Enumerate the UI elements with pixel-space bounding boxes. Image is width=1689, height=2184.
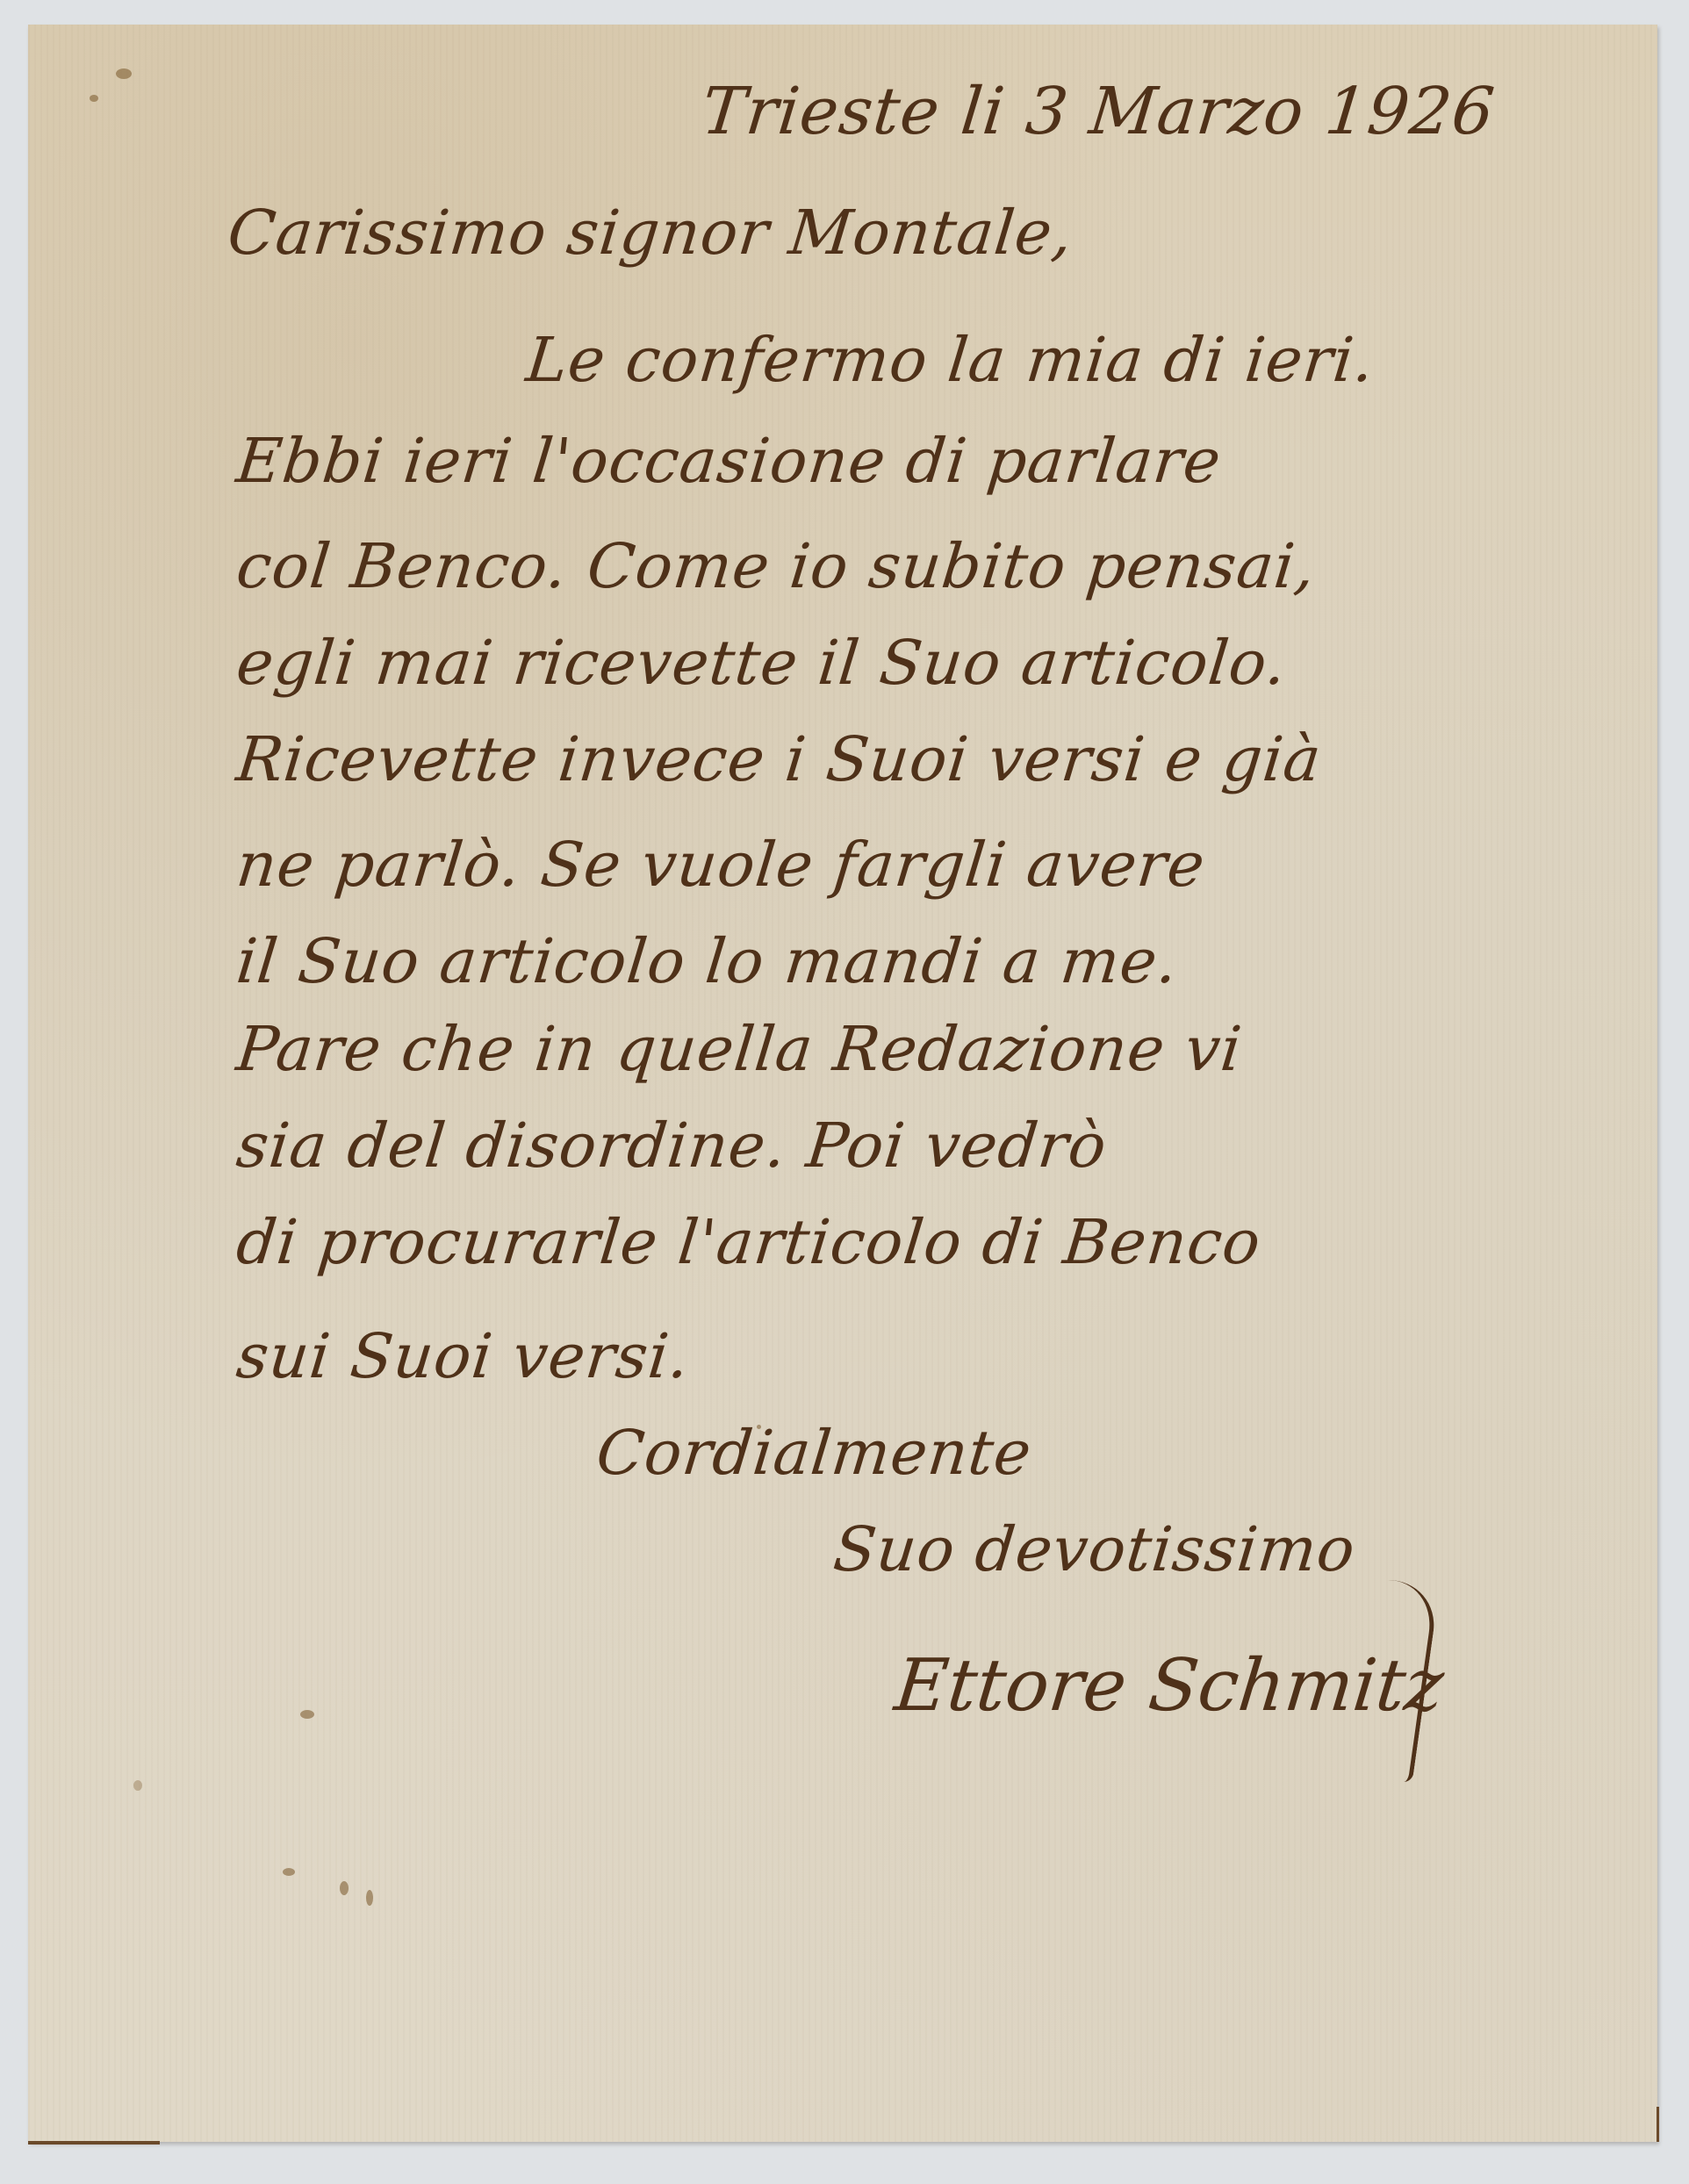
body-line: sia del disordine. Poi vedrò [234, 1115, 1110, 1176]
foxing-spot [116, 68, 132, 79]
foxing-spot [283, 1868, 295, 1876]
signature: Ettore Schmitz [892, 1650, 1448, 1722]
place-date: Trieste li 3 Marzo 1926 [699, 79, 1498, 144]
body-line: Le confermo la mia di ieri. [523, 329, 1377, 391]
salutation: Carissimo signor Montale, [225, 202, 1075, 263]
body-line: col Benco. Come io subito pensai, [234, 535, 1319, 597]
body-line: ne parlò. Se vuole fargli avere [234, 834, 1208, 895]
body-line: Ricevette invece i Suoi versi e già [234, 729, 1324, 790]
foxing-spot [300, 1710, 314, 1719]
body-line: sui Suoi versi. [234, 1325, 693, 1387]
body-line: egli mai ricevette il Suo articolo. [234, 632, 1290, 693]
foxing-spot [133, 1780, 142, 1791]
foxing-spot [340, 1881, 349, 1895]
paper-edge-shadow [28, 2141, 160, 2144]
foxing-spot [90, 95, 98, 102]
body-line: Ebbi ieri l'occasione di parlare [234, 430, 1224, 492]
body-line: il Suo articolo lo mandi a me. [234, 930, 1181, 992]
foxing-spot [366, 1890, 373, 1906]
paper-edge-shadow [1657, 2107, 1659, 2142]
closing: Cordialmente [593, 1422, 1034, 1484]
closing-devotissimo: Suo devotissimo [830, 1519, 1358, 1580]
body-line: di procurarle l'articolo di Benco [234, 1211, 1263, 1273]
body-line: Pare che in quella Redazione vi [234, 1018, 1245, 1080]
